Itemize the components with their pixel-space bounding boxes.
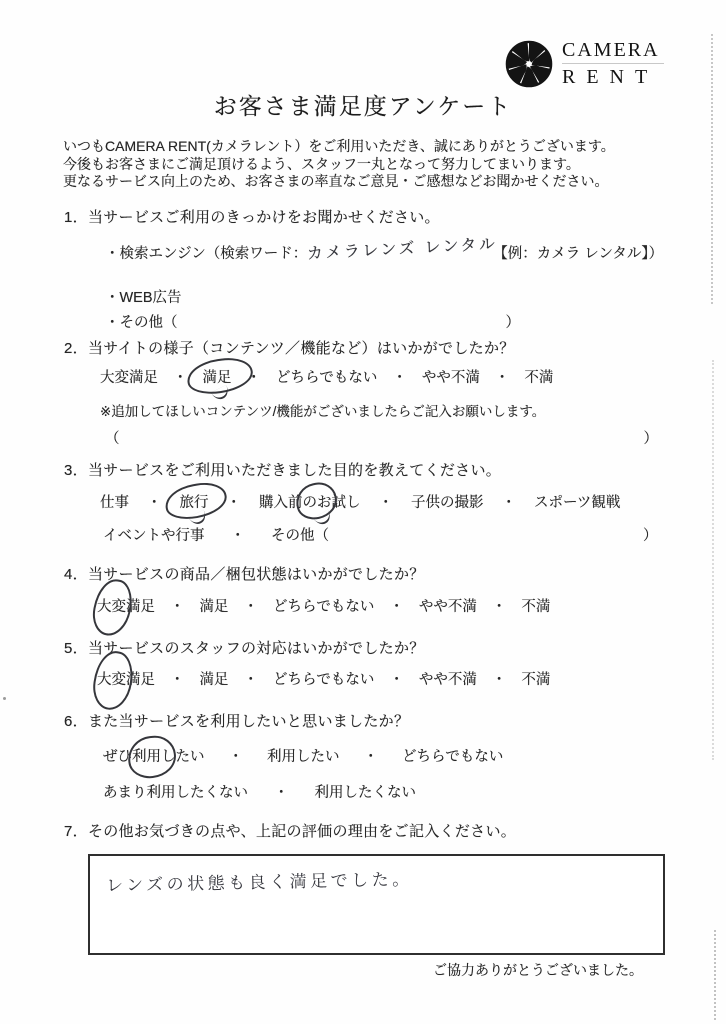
reuse-option: 利用したくない bbox=[315, 781, 417, 802]
reuse-option: 利用したい bbox=[267, 745, 340, 766]
question-6-heading: 6．また当サービスを利用したいと思いましたか？ bbox=[64, 710, 409, 731]
purpose-option-label: 購入前のお試し bbox=[259, 495, 361, 511]
aperture-icon bbox=[505, 40, 553, 88]
scan-artifact-speck bbox=[3, 697, 6, 700]
separator-dot: ・ bbox=[495, 366, 510, 387]
separator-dot: ・ bbox=[492, 668, 507, 689]
scan-artifact-dotted-line bbox=[711, 34, 713, 304]
intro-line-1: いつもCAMERA RENT(カメラレント）をご利用いただき、誠にありがとうござ… bbox=[63, 138, 615, 156]
rating-option-label: 大変満足 bbox=[97, 672, 155, 688]
q6-options-row-1: ぜひ利用したい ・ 利用したい ・ どちらでもない bbox=[103, 745, 503, 766]
rating-option: 不満 bbox=[521, 668, 550, 689]
scan-artifact-dotted-line bbox=[712, 360, 714, 760]
reuse-option-label: ぜひ利用したい bbox=[103, 749, 205, 765]
rating-option-selected: 大変満足 bbox=[97, 668, 155, 689]
separator-dot: ・ bbox=[379, 491, 394, 512]
question-1-heading: 1．当サービスご利用のきっかけをお聞かせください。 bbox=[64, 206, 440, 227]
separator-dot: ・ bbox=[147, 491, 162, 512]
rating-option: 満足 bbox=[200, 668, 229, 689]
reuse-option: あまり利用したくない bbox=[103, 781, 248, 802]
separator-dot: ・ bbox=[389, 668, 404, 689]
rating-option: やや不満 bbox=[422, 366, 480, 387]
logo-divider bbox=[562, 63, 664, 64]
q3-other-close: ） bbox=[643, 524, 658, 545]
intro-line-3: 更なるサービス向上のため、お客さまの率直なご意見・ご感想などお聞かせください。 bbox=[63, 173, 615, 191]
separator-dot: ・ bbox=[173, 366, 188, 387]
rating-option: 不満 bbox=[521, 595, 550, 616]
rating-option-label: 満足 bbox=[203, 370, 232, 386]
q5-rating-row: 大変満足 ・ 満足 ・ どちらでもない ・ やや不満 ・ 不満 bbox=[97, 668, 550, 689]
rating-option-label: 大変満足 bbox=[97, 599, 155, 615]
question-2-heading: 2．当サイトの様子（コンテンツ／機能など）はいかがでしたか？ bbox=[64, 337, 515, 358]
logo: CAMERA RENT bbox=[562, 39, 664, 89]
purpose-option: スポーツ観戦 bbox=[534, 491, 620, 512]
question-4-heading: 4．当サービスの商品／梱包状態はいかがでしたか？ bbox=[64, 563, 425, 584]
q2-paren-close: ） bbox=[644, 427, 659, 448]
q2-paren-open: （ bbox=[105, 427, 120, 448]
comment-box: レンズの状態も良く満足でした。 bbox=[88, 854, 665, 955]
q2-rating-row: 大変満足 ・ 満足 ・ どちらでもない ・ やや不満 ・ 不満 bbox=[100, 366, 553, 387]
reuse-option: どちらでもない bbox=[402, 745, 503, 766]
separator-dot: ・ bbox=[247, 366, 262, 387]
rating-option: 不満 bbox=[524, 366, 553, 387]
separator-dot: ・ bbox=[244, 668, 259, 689]
purpose-option-selected: 旅行 bbox=[180, 491, 209, 512]
thanks-message: ご協力ありがとうございました。 bbox=[433, 960, 643, 980]
separator-dot: ・ bbox=[227, 491, 242, 512]
q1-other-open: ・その他（ bbox=[105, 311, 178, 332]
question-3-heading: 3．当サービスをご利用いただきました目的を教えてください。 bbox=[64, 459, 501, 480]
rating-option: どちらでもない bbox=[273, 595, 374, 616]
q4-rating-row: 大変満足 ・ 満足 ・ どちらでもない ・ やや不満 ・ 不満 bbox=[97, 595, 550, 616]
purpose-option: 仕事 bbox=[100, 491, 129, 512]
q7-comment-handwritten: レンズの状態も良く満足でした。 bbox=[106, 865, 413, 896]
rating-option: どちらでもない bbox=[273, 668, 374, 689]
rating-option-selected: 大変満足 bbox=[97, 595, 155, 616]
purpose-option: イベントや行事 bbox=[103, 524, 205, 545]
intro-paragraph: いつもCAMERA RENT(カメラレント）をご利用いただき、誠にありがとうござ… bbox=[63, 138, 615, 191]
q1-option-search-engine: ・検索エンジン（検索ワード： カメラレンズ レンタル 【例：カメラ レンタル】） bbox=[105, 241, 663, 264]
separator-dot: ・ bbox=[170, 595, 185, 616]
purpose-option: 子供の撮影 bbox=[411, 491, 484, 512]
scan-artifact-dotted-line bbox=[714, 930, 716, 1020]
q3-options-row-2: イベントや行事 ・ その他（ ） bbox=[103, 524, 658, 545]
q1-option-web-ad: ・WEB広告 bbox=[105, 286, 182, 307]
rating-option-selected: 満足 bbox=[203, 366, 232, 387]
q1-search-example: 【例：カメラ レンタル】） bbox=[493, 242, 663, 263]
survey-page: CAMERA RENT お客さま満足度アンケート いつもCAMERA RENT(… bbox=[0, 0, 726, 1024]
separator-dot: ・ bbox=[389, 595, 404, 616]
rating-option: やや不満 bbox=[419, 668, 477, 689]
separator-dot: ・ bbox=[229, 745, 244, 766]
rating-option: 満足 bbox=[200, 595, 229, 616]
logo-text-rent: RENT bbox=[562, 66, 664, 89]
separator-dot: ・ bbox=[492, 595, 507, 616]
separator-dot: ・ bbox=[364, 745, 379, 766]
purpose-option-marked: 購入前のお試し bbox=[259, 491, 361, 512]
q2-free-answer-parens: （ ） bbox=[105, 427, 658, 448]
separator-dot: ・ bbox=[170, 668, 185, 689]
q1-other-close: ） bbox=[506, 311, 521, 332]
q6-options-row-2: あまり利用したくない ・ 利用したくない bbox=[103, 781, 416, 802]
page-title: お客さま満足度アンケート bbox=[0, 88, 726, 121]
rating-option: やや不満 bbox=[419, 595, 477, 616]
logo-text-camera: CAMERA bbox=[562, 39, 664, 62]
intro-line-2: 今後もお客さまにご満足頂けるよう、スタッフ一丸となって努力してまいります。 bbox=[63, 156, 615, 174]
q2-note: ※追加してほしいコンテンツ/機能がございましたらご記入お願いします。 bbox=[100, 400, 545, 420]
question-5-heading: 5．当サービスのスタッフの対応はいかがでしたか？ bbox=[64, 637, 425, 658]
separator-dot: ・ bbox=[392, 366, 407, 387]
rating-option: どちらでもない bbox=[276, 366, 377, 387]
q3-options-row-1: 仕事 ・ 旅行 ・ 購入前のお試し ・ 子供の撮影 ・ スポーツ観戦 bbox=[100, 491, 620, 512]
purpose-option-label: 旅行 bbox=[180, 495, 209, 511]
question-7-heading: 7．その他お気づきの点や、上記の評価の理由をご記入ください。 bbox=[64, 820, 516, 841]
q1-search-word-handwritten: カメラレンズ レンタル bbox=[307, 231, 494, 264]
q3-other-open: その他（ bbox=[271, 524, 329, 545]
rating-option: 大変満足 bbox=[100, 366, 158, 387]
q1-option-other: ・その他（ ） bbox=[105, 311, 520, 332]
separator-dot: ・ bbox=[274, 781, 289, 802]
separator-dot: ・ bbox=[244, 595, 259, 616]
separator-dot: ・ bbox=[502, 491, 517, 512]
reuse-option-selected: ぜひ利用したい bbox=[103, 745, 205, 766]
q1-search-prefix: ・検索エンジン（検索ワード： bbox=[105, 242, 307, 263]
separator-dot: ・ bbox=[231, 524, 246, 545]
